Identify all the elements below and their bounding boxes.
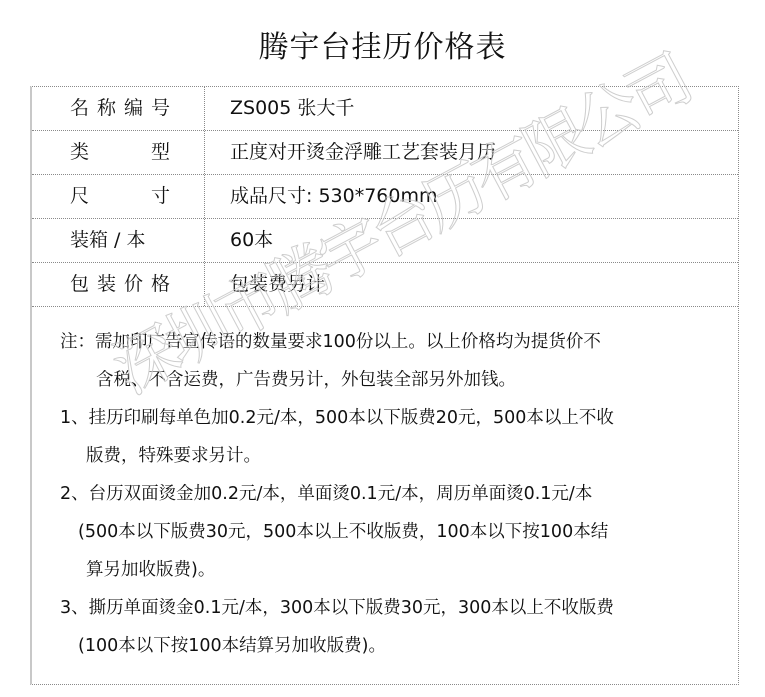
table-row-package-price: 包装价格 包装费另计	[32, 263, 738, 307]
row-value: 正度对开烫金浮雕工艺套装月历	[230, 131, 496, 174]
row-value: 成品尺寸: 530*760mm	[230, 175, 438, 218]
table-row-size: 尺 寸 成品尺寸: 530*760mm	[32, 175, 738, 219]
note-line: 算另加收版费)。	[60, 551, 730, 589]
page-title: 腾宇台挂历价格表	[0, 22, 765, 66]
table-row-packing: 装箱 / 本 60本	[32, 219, 738, 263]
pricing-notes: 注：需加印广告宣传语的数量要求100份以上。以上价格均为提货价不 含税、不含运费…	[60, 323, 730, 665]
column-divider	[204, 87, 205, 130]
column-divider	[204, 175, 205, 218]
note-line: (100本以下按100本结算另加收版费)。	[60, 627, 730, 665]
row-label: 尺 寸	[70, 175, 170, 218]
row-value: 包装费另计	[230, 263, 325, 306]
row-label: 类 型	[70, 131, 170, 174]
column-divider	[204, 131, 205, 174]
row-label: 包装价格	[70, 263, 170, 306]
row-value: ZS005 张大千	[230, 87, 354, 130]
table-row-type: 类 型 正度对开烫金浮雕工艺套装月历	[32, 131, 738, 175]
note-line: 注：需加印广告宣传语的数量要求100份以上。以上价格均为提货价不	[60, 323, 730, 361]
note-line: (500本以下版费30元，500本以上不收版费，100本以下按100本结	[60, 513, 730, 551]
note-line: 1、挂历印刷每单色加0.2元/本，500本以下版费20元，500本以上不收	[60, 399, 730, 437]
row-label: 装箱 / 本	[70, 219, 170, 262]
table-row-name-code: 名称编号 ZS005 张大千	[32, 87, 738, 131]
note-line: 3、撕历单面烫金0.1元/本，300本以下版费30元，300本以上不收版费	[60, 589, 730, 627]
row-label: 名称编号	[70, 87, 170, 130]
note-line: 版费，特殊要求另计。	[60, 437, 730, 475]
spec-table: 名称编号 ZS005 张大千 类 型 正度对开烫金浮雕工艺套装月历 尺 寸 成品…	[32, 87, 738, 307]
note-line: 含税、不含运费，广告费另计，外包装全部另外加钱。	[60, 361, 730, 399]
price-sheet: 名称编号 ZS005 张大千 类 型 正度对开烫金浮雕工艺套装月历 尺 寸 成品…	[30, 86, 739, 685]
column-divider	[204, 219, 205, 262]
note-line: 2、台历双面烫金加0.2元/本，单面烫0.1元/本，周历单面烫0.1元/本	[60, 475, 730, 513]
row-value: 60本	[230, 219, 273, 262]
column-divider	[204, 263, 205, 306]
